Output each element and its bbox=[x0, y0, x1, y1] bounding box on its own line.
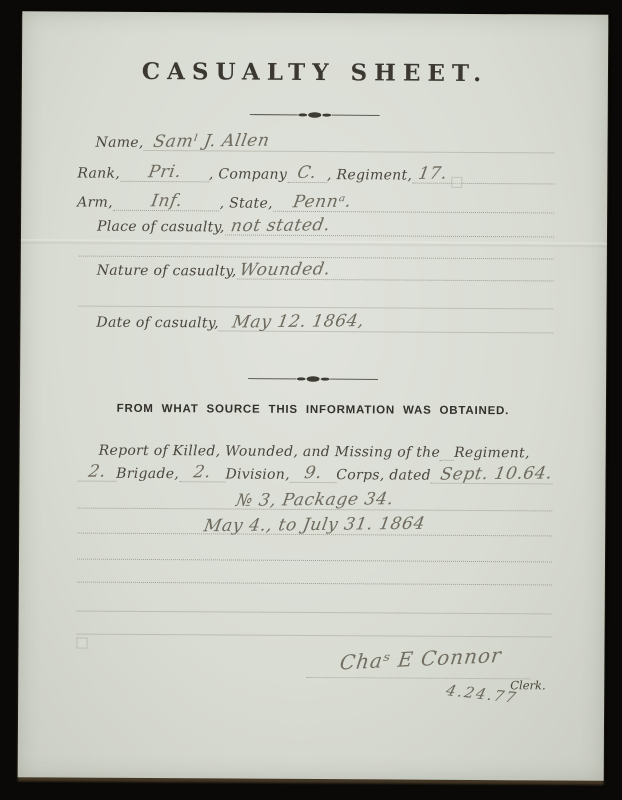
state-value: Pennᵃ. bbox=[271, 194, 352, 212]
place-value: not stated. bbox=[223, 217, 331, 235]
name-value: Samˡ J. Allen bbox=[142, 133, 271, 151]
brigade-line: 2. bbox=[77, 464, 116, 482]
nature-value: Wounded. bbox=[235, 261, 332, 279]
blank-rule-line bbox=[77, 558, 552, 563]
name-line: Samˡ J. Allen bbox=[144, 133, 555, 154]
name-label: Name, bbox=[95, 135, 143, 151]
division-value: 2. bbox=[192, 464, 212, 481]
regiment-line: 17. bbox=[412, 166, 554, 185]
embossed-square-mark bbox=[451, 177, 462, 188]
arm-value: Inf. bbox=[149, 193, 183, 210]
regiment-value: 17. bbox=[411, 166, 449, 183]
clerk-signature: Chaˢ E Connor bbox=[312, 642, 530, 676]
date-line: May 12. 1864, bbox=[219, 313, 554, 333]
ornament-icon bbox=[248, 374, 378, 385]
field-row-rank: Rank, Pri. , Company C. , Regiment, 17. bbox=[77, 156, 554, 185]
dated-value: Sept. 10.64. bbox=[429, 465, 554, 483]
rank-line: Pri. bbox=[120, 164, 209, 183]
place-label: Place of casualty, bbox=[97, 219, 225, 236]
ornament-icon bbox=[250, 110, 380, 121]
range-line: May 4., to July 31. 1864 bbox=[77, 516, 552, 537]
date-label: Date of casualty, bbox=[96, 315, 219, 332]
corps-label: Corps, dated bbox=[336, 467, 431, 484]
nature-label: Nature of casualty, bbox=[97, 263, 237, 280]
field-row-nature: Nature of casualty, Wounded. bbox=[97, 253, 554, 282]
brigade-value: 2. bbox=[87, 464, 107, 481]
document-title: CASUALTY SHEET. bbox=[22, 57, 608, 88]
divider-ornament-top bbox=[22, 103, 608, 126]
casualty-sheet-document: CASUALTY SHEET. Name, Samˡ J. Allen Rank… bbox=[18, 11, 609, 781]
signature-rule-line bbox=[306, 676, 530, 679]
blank-rule-line bbox=[77, 581, 552, 586]
company-label: , Company bbox=[209, 166, 287, 183]
corps-value: 9. bbox=[303, 465, 323, 482]
brigade-label: Brigade, bbox=[116, 466, 179, 482]
dated-line: Sept. 10.64. bbox=[431, 466, 553, 485]
regiment-label: , Regiment, bbox=[327, 167, 412, 184]
rank-value: Pri. bbox=[147, 164, 183, 181]
date-value: May 12. 1864, bbox=[217, 313, 366, 332]
division-label: Division, bbox=[225, 466, 289, 482]
company-line: C. bbox=[287, 165, 327, 183]
corps-line: 9. bbox=[290, 465, 337, 483]
range-row: May 4., to July 31. 1864 bbox=[77, 508, 552, 537]
package-value: № 3, Package 34. bbox=[235, 491, 395, 510]
blank-rule-line bbox=[77, 633, 552, 638]
place-line: not stated. bbox=[225, 217, 554, 237]
company-value: C. bbox=[296, 165, 318, 182]
field-row-name: Name, Samˡ J. Allen bbox=[95, 125, 554, 154]
rank-label: Rank, bbox=[77, 165, 120, 181]
embossed-square-mark bbox=[76, 638, 87, 649]
divider-ornament-middle bbox=[20, 367, 606, 390]
range-value: May 4., to July 31. 1864 bbox=[203, 516, 427, 535]
fold-crease bbox=[21, 239, 607, 248]
source-section-heading: FROM WHAT SOURCE THIS INFORMATION WAS OB… bbox=[20, 402, 606, 418]
field-row-date: Date of casualty, May 12. 1864, bbox=[96, 305, 553, 334]
division-line: 2. bbox=[179, 464, 226, 482]
blank-rule-line bbox=[77, 610, 552, 615]
unit-row: 2. Brigade, 2. Division, 9. Corps, dated… bbox=[77, 456, 552, 485]
signature-date: 4.24.77 bbox=[444, 681, 519, 706]
field-row-place: Place of casualty, not stated. bbox=[97, 209, 554, 238]
nature-line: Wounded. bbox=[236, 262, 553, 282]
